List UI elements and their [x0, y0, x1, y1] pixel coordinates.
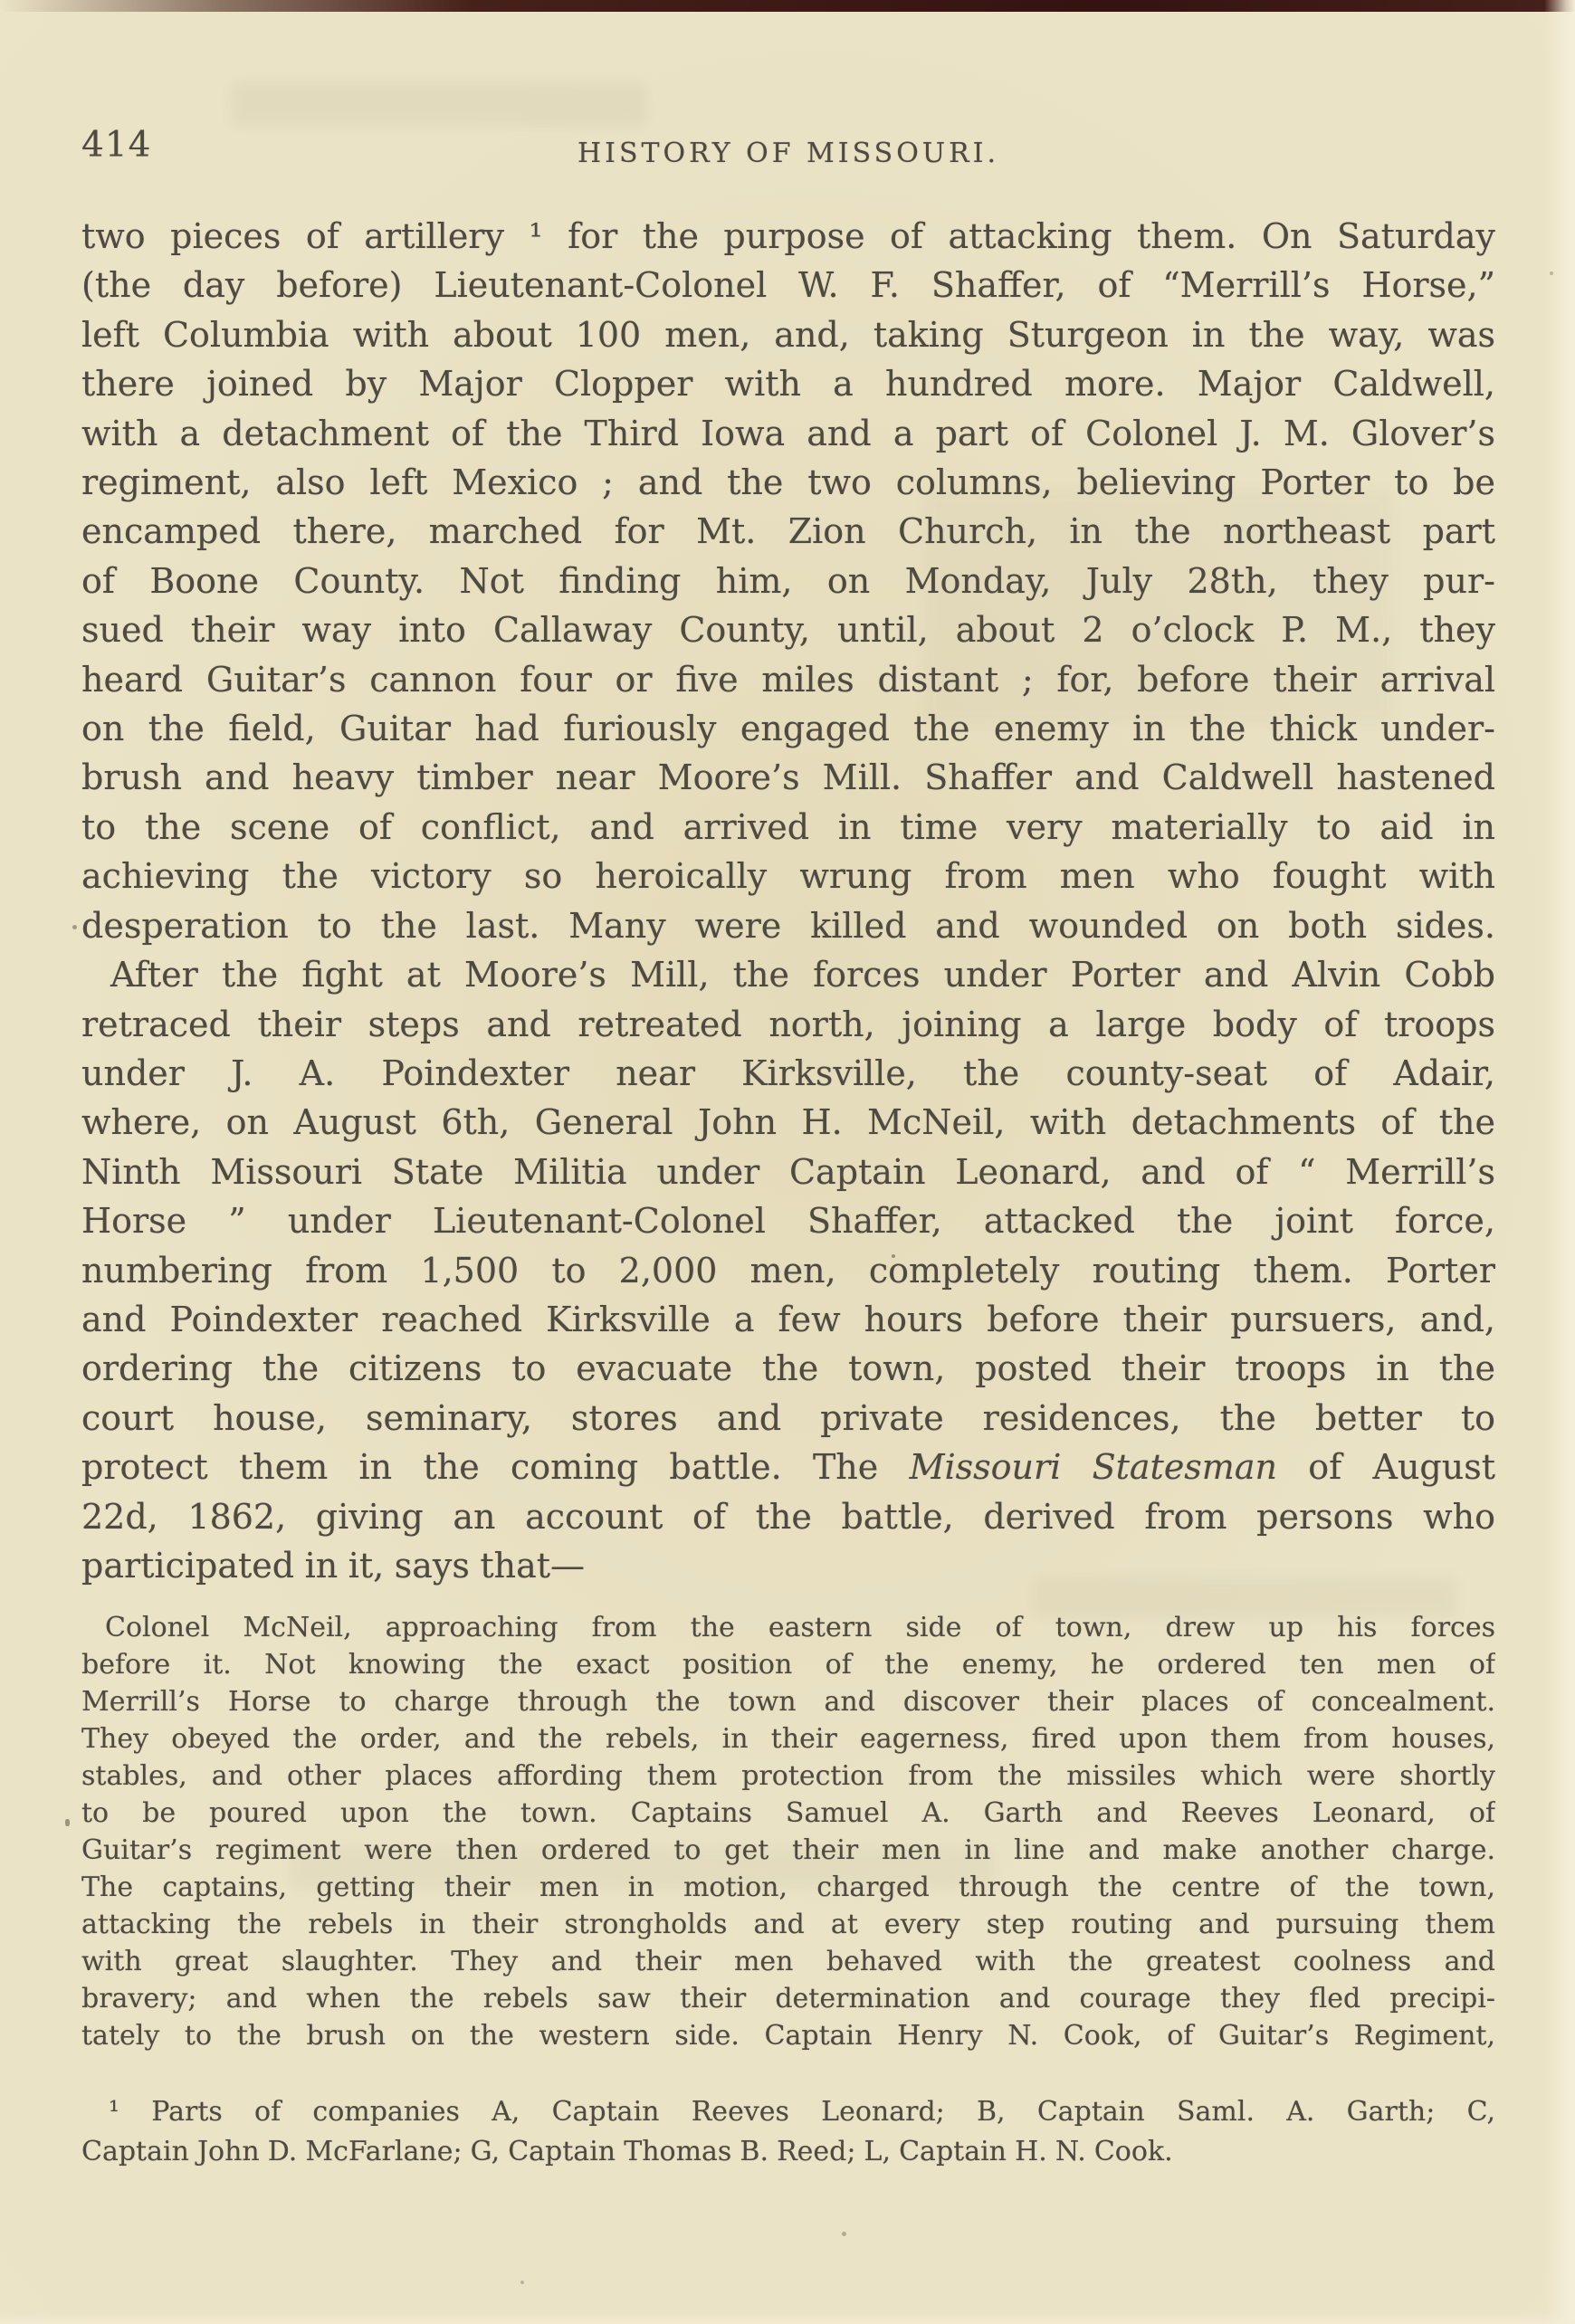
text-line: of Boone County. Not finding him, on Mon… — [81, 557, 1495, 605]
text-line: The captains, getting their men in motio… — [81, 1869, 1495, 1906]
text-line: sued their way into Callaway County, unt… — [81, 605, 1495, 654]
text-line: ¹ Parts of companies A, Captain Reeves L… — [81, 2092, 1495, 2132]
running-head: HISTORY OF MISSOURI. — [81, 138, 1495, 169]
text-line: ordering the citizens to evacuate the to… — [81, 1344, 1495, 1393]
scan-speck — [72, 925, 77, 929]
text-line: protect them in the coming battle. The M… — [81, 1443, 1495, 1491]
text-line: bravery; and when the rebels saw their d… — [81, 1980, 1495, 2017]
text-line: attacking the rebels in their stronghold… — [81, 1906, 1495, 1943]
scan-speck — [1550, 271, 1553, 275]
text-line: They obeyed the order, and the rebels, i… — [81, 1720, 1495, 1757]
text-line: 22d, 1862, giving an account of the batt… — [81, 1492, 1495, 1541]
text-line: Horse ” under Lieutenant-Colonel Shaffer… — [81, 1196, 1495, 1245]
scan-speck — [520, 2281, 524, 2284]
scan-right-edge — [1544, 0, 1575, 2324]
text-line: heard Guitar’s cannon four or five miles… — [81, 655, 1495, 704]
scan-bottom-edge — [0, 2313, 1575, 2324]
text-line: After the fight at Moore’s Mill, the for… — [81, 950, 1495, 999]
text-line: Guitar’s regiment were then ordered to g… — [81, 1832, 1495, 1869]
text-line: encamped there, marched for Mt. Zion Chu… — [81, 507, 1495, 556]
text-line: to be poured upon the town. Captains Sam… — [81, 1795, 1495, 1832]
text-line: and Poindexter reached Kirksville a few … — [81, 1295, 1495, 1344]
scan-speck — [842, 2232, 846, 2236]
text-line: Merrill’s Horse to charge through the to… — [81, 1683, 1495, 1720]
text-line: court house, seminary, stores and privat… — [81, 1394, 1495, 1443]
text-line: on the field, Guitar had furiously engag… — [81, 704, 1495, 753]
text-line: to the scene of conflict, and arrived in… — [81, 803, 1495, 852]
book-page-scan: 414 HISTORY OF MISSOURI. two pieces of a… — [0, 0, 1575, 2324]
text-line: desperation to the last. Many were kille… — [81, 901, 1495, 950]
text-line: stables, and other places affording them… — [81, 1757, 1495, 1795]
block-quote: Colonel McNeil, approaching from the eas… — [81, 1609, 1495, 2054]
text-line: left Columbia with about 100 men, and, t… — [81, 310, 1495, 359]
bleedthrough-patch — [231, 81, 647, 127]
text-line: where, on August 6th, General John H. Mc… — [81, 1098, 1495, 1147]
text-line: brush and heavy timber near Moore’s Mill… — [81, 753, 1495, 802]
scan-top-edge — [0, 0, 1575, 12]
text-line: (the day before) Lieutenant-Colonel W. F… — [81, 261, 1495, 310]
text-line: with a detachment of the Third Iowa and … — [81, 409, 1495, 458]
text-line: Captain John D. McFarlane; G, Captain Th… — [81, 2132, 1495, 2172]
text-line: Ninth Missouri State Militia under Capta… — [81, 1148, 1495, 1196]
text-line: two pieces of artillery ¹ for the purpos… — [81, 212, 1495, 261]
text-line: under J. A. Poindexter near Kirksville, … — [81, 1049, 1495, 1098]
text-line: retraced their steps and retreated north… — [81, 1000, 1495, 1049]
footnote: ¹ Parts of companies A, Captain Reeves L… — [81, 2092, 1495, 2172]
text-line: before it. Not knowing the exact positio… — [81, 1646, 1495, 1683]
text-line: tately to the brush on the western side.… — [81, 2017, 1495, 2054]
text-line: achieving the victory so heroically wrun… — [81, 852, 1495, 900]
body-text: two pieces of artillery ¹ for the purpos… — [81, 212, 1495, 1590]
scan-speck — [65, 1819, 70, 1826]
text-line: regiment, also left Mexico ; and the two… — [81, 458, 1495, 507]
text-line: Colonel McNeil, approaching from the eas… — [81, 1609, 1495, 1646]
text-line: with great slaughter. They and their men… — [81, 1943, 1495, 1980]
text-line: there joined by Major Clopper with a hun… — [81, 359, 1495, 408]
body-paragraph-1: two pieces of artillery ¹ for the purpos… — [81, 212, 1495, 950]
text-line: numbering from 1,500 to 2,000 men, compl… — [81, 1246, 1495, 1295]
text-line: participated in it, says that— — [81, 1541, 1495, 1590]
body-paragraph-2: After the fight at Moore’s Mill, the for… — [81, 950, 1495, 1590]
